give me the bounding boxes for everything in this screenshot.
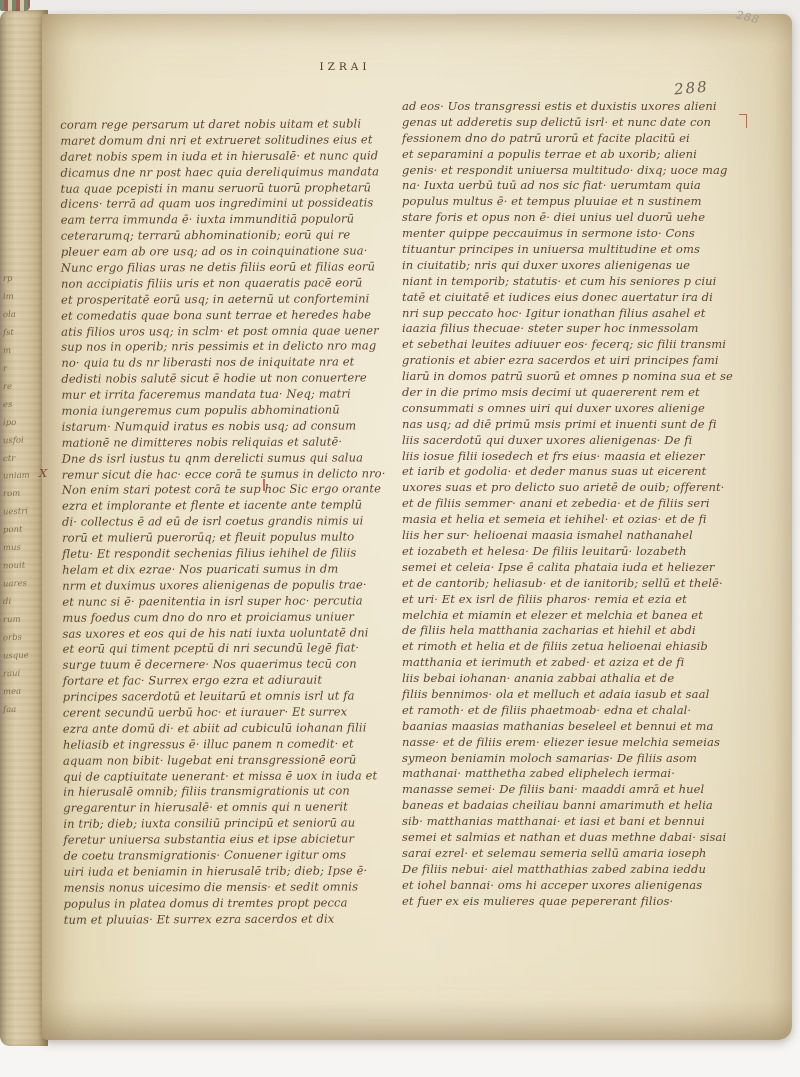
manuscript-line: tum et pluuias· Et surrex ezra sacerdos … [64, 911, 402, 928]
manuscript-line: sarai ezrel· et selemau semeria sellū am… [402, 846, 748, 862]
manuscript-line: monia iungeremus cum populis abhominatio… [61, 402, 399, 419]
manuscript-line: symeon beniamin moloch samarias· De fili… [402, 751, 748, 767]
manuscript-line: liis iosue filii iosedech et frs eius· m… [402, 449, 748, 465]
manuscript-line: in trib; dieb; iuxta consiliū principū e… [63, 815, 401, 832]
manuscript-line: et eorū qui timent pceptū di nri secundū… [63, 641, 401, 658]
manuscript-line: et comedatis quae bona sunt terrae et he… [61, 307, 399, 324]
gutter-text-fragment: faa [3, 706, 17, 715]
manuscript-line: aquam non bibit· lugebat eni transgressi… [63, 752, 401, 769]
manuscript-line: de filiis hela matthania zacharias et hi… [402, 623, 748, 639]
manuscript-line: fessionem dno do patrū urorū et facite p… [402, 131, 748, 147]
gutter-text-fragment: ctr [3, 454, 16, 463]
chapter-numeral: X [39, 466, 47, 480]
rubric-bracket-mark [739, 114, 747, 128]
gutter-text-fragment: orbs [3, 634, 22, 644]
manuscript-line: masia et helia et semeia et iehihel· et … [402, 512, 748, 528]
manuscript-line: nri sup peccato hoc· Igitur ionathan fil… [402, 306, 748, 322]
gutter-text-fragment: usque [3, 652, 29, 662]
manuscript-line: matthania et ierimuth et zabed· et aziza… [402, 655, 748, 671]
manuscript-line: Nunc ergo filias uras ne detis filiis eo… [61, 259, 399, 276]
manuscript-line: niant in temporib; statutis· et cum his … [402, 274, 748, 290]
manuscript-line: mensis nonus uicesimo die mensis· et sed… [64, 879, 402, 896]
manuscript-line: dedisti nobis salutē sicut ē hodie ut no… [61, 371, 399, 388]
manuscript-line: menter quippe peccauimus in sermone isto… [402, 226, 748, 242]
gutter-text-fragment: m [3, 347, 11, 356]
gutter-text-fragment: uniam [3, 472, 30, 482]
manuscript-line: populus in platea domus di tremtes propt… [64, 895, 402, 912]
manuscript-line: liarū in domos patrū suorū et omnes p no… [402, 369, 748, 385]
gutter-text-fragment: im [3, 293, 14, 302]
manuscript-line: in ciuitatib; nris qui duxer uxores alie… [402, 258, 748, 274]
manuscript-line: mus foedus cum dno do nro et proiciamus … [62, 609, 400, 626]
endband [0, 0, 30, 11]
running-title: IZRAI [280, 61, 410, 73]
manuscript-line: baanias maasias mathanias beseleel et be… [402, 719, 748, 735]
manuscript-line: cerent secundū uerbū hoc· et iurauer· Et… [63, 704, 401, 721]
manuscript-line: genas ut adderetis sup delictū isrl· et … [402, 115, 748, 131]
gutter-text-fragment: fst [3, 329, 14, 338]
manuscript-line: surge tuum ē decernere· Nos quaerimus te… [63, 657, 401, 674]
gutter-text-fragment: nouit [3, 562, 26, 572]
manuscript-line: ad eos· Uos transgressi estis et duxisti… [402, 99, 748, 115]
manuscript-line: liis sacerdotū qui duxer uxores alienige… [402, 433, 748, 449]
manuscript-line: sup nos in operib; nris pessimis et in d… [61, 339, 399, 356]
gutter-text-fragment: ola [3, 311, 16, 320]
manuscript-line: et de cantorib; heliasub· et de ianitori… [402, 576, 748, 592]
manuscript-line: feretur uniuersa substantia eius et ipse… [63, 831, 401, 848]
gutter-text-fragment: usfoi [3, 436, 24, 446]
manuscript-line: ezra ante domū di· et abiit ad cubiculū … [63, 720, 401, 737]
manuscript-line: ceterarumq; terrarū abhominationib; eorū… [61, 227, 399, 244]
gutter-text-fragment: re [3, 383, 12, 392]
manuscript-line: mationē ne dimitteres nobis reliquias et… [62, 434, 400, 451]
manuscript-line: sib· matthanias matthanai· et iasi et ba… [402, 814, 748, 830]
manuscript-line: filiis bennimos· ola et melluch et adaia… [402, 687, 748, 703]
manuscript-line: dicens· terrā ad quam uos ingredimini ut… [61, 196, 399, 213]
manuscript-line: pleuer eam ab ore usq; ad os in coinquin… [61, 243, 399, 260]
manuscript-line: et de filiis semmer· anani et zebedia· e… [402, 496, 748, 512]
manuscript-line: di· collectus ē ad eū de isrl coetus gra… [62, 514, 400, 531]
manuscript-line: tituantur principes in uniuersa multitud… [402, 242, 748, 258]
manuscript-line: et iozabeth et helesa· De filiis leuitar… [402, 544, 748, 560]
manuscript-line: liis bebai iohanan· anania zabbai athali… [402, 671, 748, 687]
manuscript-line: nrm et duximus uxores alienigenas de pop… [62, 577, 400, 594]
manuscript-line: populus multus ē· et tempus pluuiae et n… [402, 194, 748, 210]
rubric-stroke-mark [263, 479, 265, 491]
text-column-left: coram rege persarum ut daret nobis uitam… [60, 116, 402, 928]
manuscript-line: dicamus dne nr post haec quia dereliquim… [60, 164, 398, 181]
gutter-text-fragment: mus [3, 544, 21, 554]
manuscript-line: fortare et fac· Surrex ergo ezra et adiu… [63, 672, 401, 689]
manuscript-line: na· Iuxta uerbū tuū ad nos sic fiat· uer… [402, 178, 748, 194]
manuscript-line: helam et dix ezrae· Nos puaricati sumus … [62, 561, 400, 578]
manuscript-line: Dne ds isrl iustus tu qnm derelicti sumu… [62, 450, 400, 467]
manuscript-line: atis filios uros usq; in sclm· et post o… [61, 323, 399, 340]
manuscript-line: tua quae pcepisti in manu seruorū tuorū … [61, 180, 399, 197]
manuscript-line: maret domum dni nri et extrueret solitud… [60, 132, 398, 149]
gutter-fragments: rpimolafstmrreesipousfoictruniamromuestr… [0, 275, 45, 715]
manuscript-line: heliasib et ingressus ē· illuc panem n c… [63, 736, 401, 753]
manuscript-line: consummati s omnes uiri qui duxer uxores… [402, 401, 748, 417]
manuscript-line: non accipiatis filiis uris et non quaera… [61, 275, 399, 292]
manuscript-line: Non enim stari potest corā te sup hoc Si… [62, 482, 400, 499]
gutter-text-fragment: ipo [3, 418, 17, 427]
manuscript-line: et ramoth· et de filiis phaetmoab· edna … [402, 703, 748, 719]
manuscript-photo: rpimolafstmrreesipousfoictruniamromuestr… [0, 0, 800, 1077]
manuscript-line: semei et celeia· Ipse ē calita phataia i… [402, 560, 748, 576]
manuscript-line: ezra et implorante et flente et iacente … [62, 498, 400, 515]
manuscript-line: coram rege persarum ut daret nobis uitam… [60, 116, 398, 133]
gutter-text-fragment: pont [3, 526, 23, 536]
gutter-text-fragment: rum [3, 616, 21, 626]
manuscript-line: mur et irrita faceremus mandata tua· Neq… [61, 386, 399, 403]
manuscript-line: mathanai· matthetha zabed eliphelech ier… [402, 766, 748, 782]
manuscript-line: eam terra immunda ē· iuxta immunditiā po… [61, 212, 399, 229]
gutter-text-fragment: rom [3, 490, 21, 500]
manuscript-line: semei et salmias et nathan et duas methn… [402, 830, 748, 846]
gutter-text-fragment: r [3, 365, 7, 374]
manuscript-line: melchia et miamin et elezer et melchia e… [402, 608, 748, 624]
manuscript-line: et iarib et godolia· et deder manus suas… [402, 464, 748, 480]
gutter-text-fragment: di [3, 598, 11, 607]
manuscript-line: nas usq; ad diē primū msis primi et inue… [402, 417, 748, 433]
manuscript-line: grationis et abier ezra sacerdos et uiri… [402, 353, 748, 369]
manuscript-line: gregarentur in hierusalē· et omnis qui n… [63, 800, 401, 817]
manuscript-line: baneas et badaias cheiliau banni amarimu… [402, 798, 748, 814]
gutter-text-fragment: mea [3, 688, 21, 698]
gutter-text-fragment: uestri [3, 508, 28, 518]
manuscript-line: De filiis nebui· aiel matthathias zabed … [402, 862, 748, 878]
manuscript-line: de coetu transmigrationis· Conuener igit… [63, 847, 401, 864]
manuscript-line: manasse semei· De filiis bani· maaddi am… [402, 782, 748, 798]
manuscript-line: et iohel bannai· oms hi acceper uxores a… [402, 878, 748, 894]
manuscript-line: liis her sur· helioenai maasia ismahel n… [402, 528, 748, 544]
manuscript-line: istarum· Numquid iratus es nobis usq; ad… [62, 418, 400, 435]
manuscript-line: genis· et respondit uniuersa multitudo· … [402, 163, 748, 179]
manuscript-line: remur sicut die hac· ecce corā te sumus … [62, 466, 400, 483]
manuscript-line: tatē et ciuitatē et iudices eius donec a… [402, 290, 748, 306]
manuscript-line: fletu· Et respondit sechenias filius ieh… [62, 545, 400, 562]
manuscript-line: uiri iuda et beniamin in hierusalē trib;… [63, 863, 401, 880]
gutter-text-fragment: rp [3, 275, 13, 284]
folio-number-ink: 288 [673, 78, 709, 99]
manuscript-line: et separamini a populis terrae et ab uxo… [402, 147, 748, 163]
gutter-text-fragment: uares [3, 580, 27, 590]
gutter-text-fragment: es [3, 401, 13, 410]
manuscript-line: iaazia filius thecuae· steter super hoc … [402, 321, 748, 337]
manuscript-line: rorū et mulierū puerorūq; et fleuit popu… [62, 529, 400, 546]
manuscript-line: et fuer ex eis mulieres quae pepererant … [402, 894, 748, 910]
manuscript-line: uxores suas et pro delicto suo arietē de… [402, 480, 748, 496]
manuscript-line: no· quia tu ds nr liberasti nos de iniqu… [61, 355, 399, 372]
manuscript-line: stare foris et opus non ē· diei unius ue… [402, 210, 748, 226]
manuscript-line: qui de captiuitate uenerant· et missa ē … [63, 768, 401, 785]
manuscript-line: nasse· et de filiis erem· eliezer iesue … [402, 735, 748, 751]
manuscript-line: principes sacerdotū et leuitarū et omnis… [63, 688, 401, 705]
text-column-right: ad eos· Uos transgressi estis et duxisti… [402, 99, 748, 909]
manuscript-line: der in die primo msis decimi ut quaerere… [402, 385, 748, 401]
manuscript-line: et nunc si ē· paenitentia in isrl super … [62, 593, 400, 610]
manuscript-line: et prosperitatē eorū usq; in aeternū ut … [61, 291, 399, 308]
gutter-page-edges: rpimolafstmrreesipousfoictruniamromuestr… [0, 10, 48, 1046]
manuscript-line: et rimoth et helia et de filiis zetua he… [402, 639, 748, 655]
manuscript-line: et sebethai leuites adiuuer eos· fecerq;… [402, 337, 748, 353]
manuscript-line: in hierusalē omnib; filiis transmigratio… [63, 784, 401, 801]
manuscript-line: et uri· Et ex isrl de filiis pharos· rem… [402, 592, 748, 608]
manuscript-line: daret nobis spem in iuda et in hierusalē… [60, 148, 398, 165]
gutter-text-fragment: raui [3, 670, 21, 680]
manuscript-line: sas uxores et eos qui de his nati iuxta … [62, 625, 400, 642]
